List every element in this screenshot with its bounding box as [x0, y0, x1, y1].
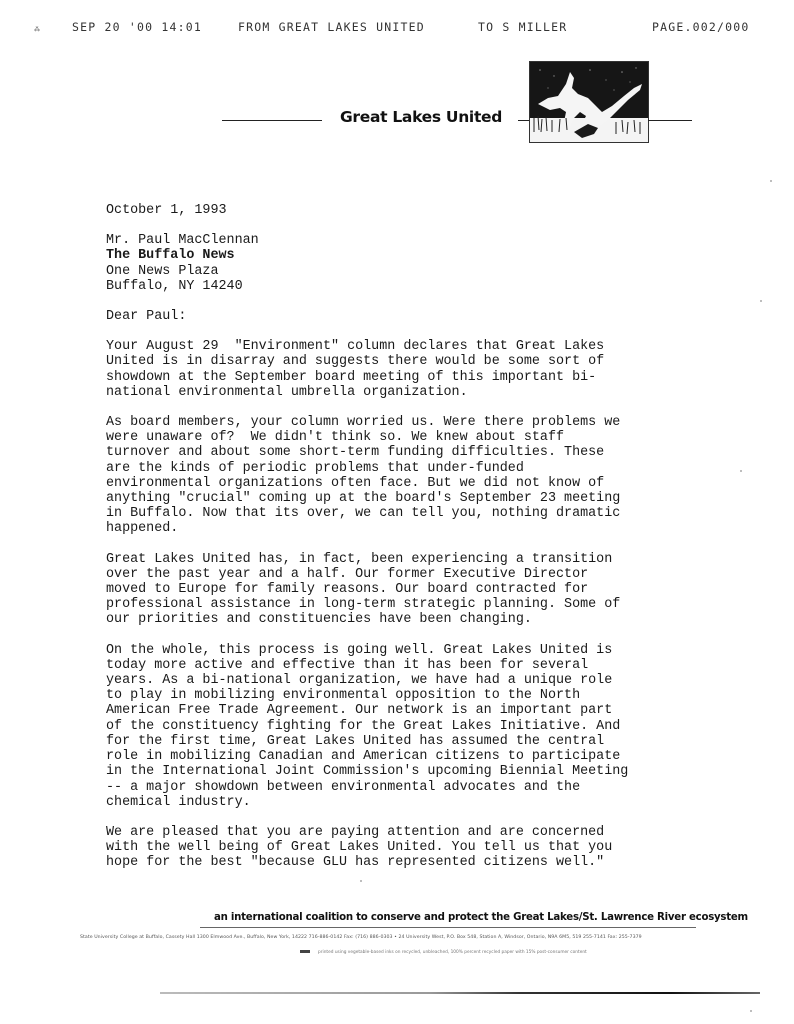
fax-date-time: SEP 20 '00 14:01 — [72, 20, 202, 34]
paragraph-line: to play in mobilizing environmental oppo… — [106, 688, 706, 703]
fax-to: TO S MILLER — [478, 20, 567, 34]
recipient-publication: The Buffalo News — [106, 248, 706, 263]
scan-speck — [740, 470, 742, 472]
fax-header: SEP 20 '00 14:01 FROM GREAT LAKES UNITED… — [72, 20, 772, 90]
paragraph-line: role in mobilizing Canadian and American… — [106, 749, 706, 764]
fax-page: PAGE.002/000 — [652, 20, 749, 34]
paragraph-line: happened. — [106, 521, 706, 536]
paragraph-line: chemical industry. — [106, 795, 706, 810]
paragraph-line: national environmental umbrella organiza… — [106, 385, 706, 400]
fax-from: FROM GREAT LAKES UNITED — [238, 20, 425, 34]
paragraph-line: turnover and about some short-term fundi… — [106, 445, 706, 460]
paragraph-line: of the constituency fighting for the Gre… — [106, 719, 706, 734]
footer-address: State University College at Buffalo, Cas… — [80, 935, 700, 940]
paragraph-line: -- a major showdown between environmenta… — [106, 780, 706, 795]
paragraph-line: for the first time, Great Lakes United h… — [106, 734, 706, 749]
recipient-city-state-zip: Buffalo, NY 14240 — [106, 279, 706, 294]
letter-date: October 1, 1993 — [106, 203, 706, 218]
scan-speck — [750, 1010, 752, 1012]
recycle-icon — [300, 950, 310, 953]
letterhead-rule-right — [648, 120, 692, 121]
paragraph-line: are the kinds of periodic problems that … — [106, 461, 706, 476]
paragraph-5: We are pleased that you are paying atten… — [106, 825, 706, 871]
paragraph-3: Great Lakes United has, in fact, been ex… — [106, 552, 706, 628]
scan-speck — [360, 880, 362, 882]
paragraph-line: in Buffalo. Now that its over, we can te… — [106, 506, 706, 521]
paragraph-line: We are pleased that you are paying atten… — [106, 825, 706, 840]
paragraph-line: with the well being of Great Lakes Unite… — [106, 840, 706, 855]
recipient-address: Mr. Paul MacClennan The Buffalo News One… — [106, 233, 706, 294]
paragraph-line: today more active and effective than it … — [106, 658, 706, 673]
paragraph-line: over the past year and a half. Our forme… — [106, 567, 706, 582]
salutation: Dear Paul: — [106, 309, 706, 324]
paragraph-line: years. As a bi-national organization, we… — [106, 673, 706, 688]
fax-margin-mark: ⁂ — [34, 26, 40, 33]
recipient-street: One News Plaza — [106, 264, 706, 279]
paragraph-line: professional assistance in long-term str… — [106, 597, 706, 612]
paragraph-line: anything "crucial" coming up at the boar… — [106, 491, 706, 506]
footer-tagline: an international coalition to conserve a… — [214, 912, 748, 923]
paragraph-line: On the whole, this process is going well… — [106, 643, 706, 658]
letterhead-rule-left — [222, 120, 322, 121]
footer-rule — [200, 927, 696, 928]
scan-speck — [760, 300, 762, 302]
paragraph-line: were unaware of? We didn't think so. We … — [106, 430, 706, 445]
bottom-scan-rule — [160, 992, 760, 994]
scan-speck — [770, 180, 772, 182]
paragraph-line: Your August 29 "Environment" column decl… — [106, 339, 706, 354]
organization-name: Great Lakes United — [340, 108, 502, 126]
letter-body: October 1, 1993 Mr. Paul MacClennan The … — [106, 203, 706, 886]
recipient-name: Mr. Paul MacClennan — [106, 233, 706, 248]
paragraph-line: hope for the best "because GLU has repre… — [106, 855, 706, 870]
paragraph-line: our priorities and constituencies have b… — [106, 612, 706, 627]
paragraph-4: On the whole, this process is going well… — [106, 643, 706, 810]
recycled-note-text: printed using vegetable-based inks on re… — [318, 950, 587, 955]
footer-recycled-note: printed using vegetable-based inks on re… — [300, 950, 587, 955]
paragraph-1: Your August 29 "Environment" column decl… — [106, 339, 706, 400]
great-lakes-map-logo-icon — [529, 61, 649, 143]
paragraph-2: As board members, your column worried us… — [106, 415, 706, 537]
paragraph-line: United is in disarray and suggests there… — [106, 354, 706, 369]
paragraph-line: American Free Trade Agreement. Our netwo… — [106, 703, 706, 718]
paragraph-line: As board members, your column worried us… — [106, 415, 706, 430]
paragraph-line: Great Lakes United has, in fact, been ex… — [106, 552, 706, 567]
paragraph-line: environmental organizations often face. … — [106, 476, 706, 491]
paragraph-line: moved to Europe for family reasons. Our … — [106, 582, 706, 597]
paragraph-line: in the International Joint Commission's … — [106, 764, 706, 779]
paragraph-line: showdown at the September board meeting … — [106, 370, 706, 385]
